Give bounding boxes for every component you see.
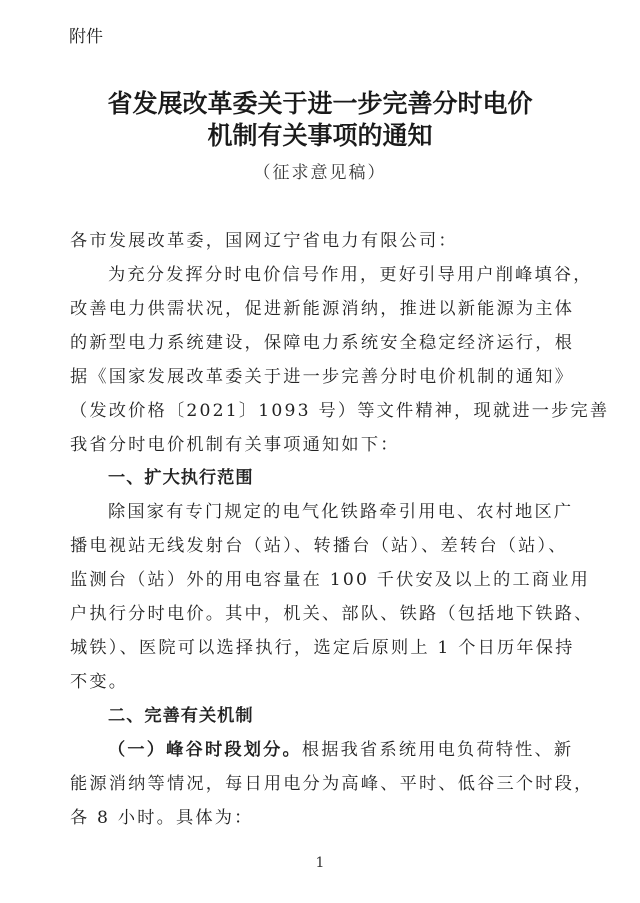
body-line: 能源消纳等情况，每日用电分为高峰、平时、低谷三个时段， xyxy=(70,767,593,801)
attachment-label: 附件 xyxy=(69,22,103,47)
body-line: 据《国家发展改革委关于进一步完善分时电价机制的通知》 xyxy=(70,360,574,394)
section-heading: 二、完善有关机制 xyxy=(70,699,254,733)
body-line: 我省分时电价机制有关事项通知如下： xyxy=(70,428,400,462)
document-title-line2: 机制有关事项的通知 xyxy=(0,116,640,152)
body-line: 各市发展改革委，国网辽宁省电力有限公司： xyxy=(70,224,458,258)
section-heading: 一、扩大执行范围 xyxy=(70,461,254,495)
body-line: 的新型电力系统建设，保障电力系统安全稳定经济运行，根 xyxy=(70,326,574,360)
body-line: （一）峰谷时段划分。根据我省系统用电负荷特性、新 xyxy=(70,733,573,767)
page-number: 1 xyxy=(0,855,640,871)
subsection-lead: （一）峰谷时段划分。 xyxy=(108,740,302,760)
body-line: 城铁）、医院可以选择执行，选定后原则上 1 个日历年保持 xyxy=(70,631,575,665)
body-line-text: 根据我省系统用电负荷特性、新 xyxy=(302,740,573,760)
body-line: （发改价格〔2021〕1093 号）等文件精神，现就进一步完善 xyxy=(70,394,609,428)
body-line: 除国家有专门规定的电气化铁路牵引用电、农村地区广 xyxy=(70,495,573,529)
body-line: 户执行分时电价。其中，机关、部队、铁路（包括地下铁路、 xyxy=(70,597,593,631)
document-title-line1: 省发展改革委关于进一步完善分时电价 xyxy=(0,84,640,120)
body-line: 各 8 小时。具体为： xyxy=(70,801,254,835)
body-line: 监测台（站）外的用电容量在 100 千伏安及以上的工商业用 xyxy=(70,563,590,597)
body-line: 为充分发挥分时电价信号作用，更好引导用户削峰填谷， xyxy=(70,258,593,292)
body-line: 播电视站无线发射台（站）、转播台（站）、差转台（站）、 xyxy=(70,529,568,563)
document-page: 附件 省发展改革委关于进一步完善分时电价 机制有关事项的通知 （征求意见稿） 各… xyxy=(0,0,640,903)
body-line: 改善电力供需状况，促进新能源消纳，推进以新能源为主体 xyxy=(70,292,574,326)
document-subtitle: （征求意见稿） xyxy=(0,158,640,183)
body-line: 不变。 xyxy=(70,665,128,699)
